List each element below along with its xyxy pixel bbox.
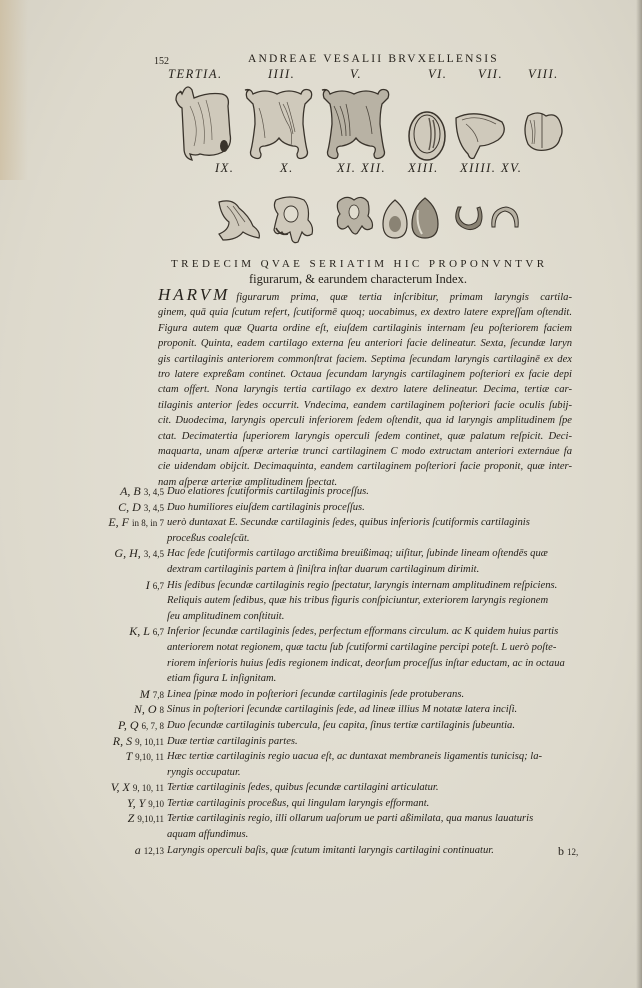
legend-description: Linea ſpinæ modo in poſteriori ſecundæ c… [167, 687, 464, 703]
legend-key: N, O 8 [100, 702, 164, 719]
legend-entry: Z 9,10,11Tertiæ cartilaginis regio, illi… [100, 811, 580, 842]
legend-key: I 6,7 [100, 578, 164, 595]
legend-key: Y, Y 9,10 [100, 796, 164, 813]
legend-line: etiam figura L inſignitam. [100, 671, 580, 687]
drop-word: HARVM [158, 287, 230, 304]
legend-line: Reliquis autem ſedibus, quæ his tribus f… [100, 593, 580, 609]
figure-label: VIII. [528, 67, 559, 82]
legend-entry: T 9,10, 11Hæc tertiæ cartilaginis regio … [100, 749, 580, 780]
cartilage-figure-iiii [243, 84, 315, 164]
legend-description: Sinus in poſteriori ſecundæ cartilaginis… [167, 702, 517, 718]
legend-key: R, S 9, 10,11 [100, 734, 164, 751]
legend-key: A, B 3, 4,5 [100, 484, 164, 501]
index-title-sub: figurarum, & earundem characterum Index. [249, 272, 467, 287]
cartilage-figure-xiiii [410, 194, 440, 242]
legend-entry: a 12,13Laryngis operculi baſis, quæ ſcut… [100, 843, 580, 859]
legend-key: a 12,13 [100, 843, 164, 860]
paragraph-line: gis cartilaginis anteriorem commonſtrat … [158, 352, 572, 367]
cartilage-figure-vi [405, 108, 453, 168]
legend-entry: R, S 9, 10,11Duæ tertiæ cartilaginis par… [100, 734, 580, 750]
page-edge-shadow [636, 0, 642, 988]
cartilage-figure-ix [215, 196, 265, 246]
legend-line: R, S 9, 10,11Duæ tertiæ cartilaginis par… [100, 734, 580, 750]
legend-description: uerò duntaxat E. Secundæ cartilaginis ſe… [167, 515, 530, 531]
legend-entry: C, D 3, 4,5Duo humiliores eiuſdem cartil… [100, 500, 580, 516]
paragraph-line: cie uidendam obijcit. Decimaquinta, eand… [158, 459, 572, 474]
paragraph-line: maquarta, unam aſperæ arteriæ trunci car… [158, 444, 572, 459]
legend-line: M 7,8Linea ſpinæ modo in poſteriori ſecu… [100, 687, 580, 703]
paragraph-line: ctam offert. Nona laryngis tertia cartil… [158, 382, 572, 397]
legend-line: riorem inferioris huius ſedis regionem i… [100, 656, 580, 672]
cartilage-figure-tertia [172, 84, 242, 164]
figure-label: VII. [478, 67, 503, 82]
legend-key: T 9,10, 11 [100, 749, 164, 766]
figure-label: XI. XII. [337, 161, 386, 176]
legend-line: a 12,13Laryngis operculi baſis, quæ ſcut… [100, 843, 580, 859]
legend-key: Z 9,10,11 [100, 811, 164, 828]
paragraph-line: cit. Duodecima, laryngis operculi inferi… [158, 413, 572, 428]
legend-entry: M 7,8Linea ſpinæ modo in poſteriori ſecu… [100, 687, 580, 703]
legend-description: Laryngis operculi baſis, quæ ſcutum imit… [167, 843, 494, 859]
legend-key: E, F in 8, in 7 [100, 515, 164, 532]
cartilage-figure-x [268, 194, 314, 246]
legend-entry: I 6,7His ſedibus ſecundæ cartilaginis re… [100, 578, 580, 625]
cartilage-figure-xv-a [452, 203, 484, 233]
legend-line: N, O 8Sinus in poſteriori ſecundæ cartil… [100, 702, 580, 718]
legend-line: proceßus coaleſcūt. [100, 531, 580, 547]
cartilage-figure-xv-b [488, 203, 520, 233]
legend-line: K, L 6,7Inferior ſecundæ cartilaginis ſe… [100, 624, 580, 640]
legend-description: Duæ tertiæ cartilaginis partes. [167, 734, 298, 750]
legend-entry: Y, Y 9,10Tertiæ cartilaginis proceßus, q… [100, 796, 580, 812]
paragraph-line: tro latere expreßam continet. Octaua ſec… [158, 367, 572, 382]
legend-key: V, X 9, 10, 11 [100, 780, 164, 797]
legend-line: dextram cartilaginis partem à ſiniſtra i… [100, 562, 580, 578]
legend-description: Tertiæ cartilaginis regio, illi ollarum … [167, 811, 533, 827]
legend-line: ryngis occupatur. [100, 765, 580, 781]
legend-description: Duo elatiores ſcutiformis cartilaginis p… [167, 484, 369, 500]
legend-entry: V, X 9, 10, 11Tertiæ cartilaginis ſedes,… [100, 780, 580, 796]
legend-line: C, D 3, 4,5Duo humiliores eiuſdem cartil… [100, 500, 580, 516]
legend-description: Inferior ſecundæ cartilaginis ſedes, per… [167, 624, 558, 640]
legend-line: E, F in 8, in 7uerò duntaxat E. Secundæ … [100, 515, 580, 531]
figure-label: V. [350, 67, 362, 82]
description-paragraph: HARVMfigurarum prima, quæ tertia inſcrib… [158, 287, 572, 490]
paper-stain [0, 0, 28, 180]
legend-line: A, B 3, 4,5Duo elatiores ſcutiformis car… [100, 484, 580, 500]
legend-description: Hæc tertiæ cartilaginis regio uacua eſt,… [167, 749, 542, 765]
legend-description: Hac ſede ſcutiformis cartilago arctißima… [167, 546, 548, 562]
paragraph-line: Figura autem quæ Quarta ordine eſt, eiuſ… [158, 321, 572, 336]
figure-label: XIIII. XV. [460, 161, 522, 176]
legend-entry: K, L 6,7Inferior ſecundæ cartilaginis ſe… [100, 624, 580, 686]
cartilage-figure-xiii [380, 196, 410, 242]
legend-key: K, L 6,7 [100, 624, 164, 641]
figure-label: XIII. [408, 161, 439, 176]
legend-line: P, Q 6, 7, 8Duo ſecundæ cartilaginis tub… [100, 718, 580, 734]
paragraph-line: ginem, quā quia ſcutum refert, ſcutiform… [158, 305, 572, 320]
character-index-legend: A, B 3, 4,5Duo elatiores ſcutiformis car… [100, 484, 580, 858]
paragraph-line: proponit. Quinta, eadem cartilago extern… [158, 336, 572, 351]
legend-line: G, H, 3, 4,5Hac ſede ſcutiformis cartila… [100, 546, 580, 562]
cartilage-figure-viii [520, 108, 566, 156]
legend-line: T 9,10, 11Hæc tertiæ cartilaginis regio … [100, 749, 580, 765]
figure-label: IX. [215, 161, 234, 176]
legend-entry: P, Q 6, 7, 8Duo ſecundæ cartilaginis tub… [100, 718, 580, 734]
paragraph-line: ctat. Decimatertia ſuperiorem laryngis o… [158, 429, 572, 444]
legend-line: Y, Y 9,10Tertiæ cartilaginis proceßus, q… [100, 796, 580, 812]
legend-entry: G, H, 3, 4,5Hac ſede ſcutiformis cartila… [100, 546, 580, 577]
legend-description: Duo humiliores eiuſdem cartilaginis proc… [167, 500, 365, 516]
legend-line: Z 9,10,11Tertiæ cartilaginis regio, illi… [100, 811, 580, 827]
figure-label: IIII. [268, 67, 295, 82]
legend-description: Duo ſecundæ cartilaginis tubercula, ſeu … [167, 718, 515, 734]
paragraph-line: tilaginis anterior ſedes occurrit. Vndec… [158, 398, 572, 413]
legend-description: Tertiæ cartilaginis proceßus, qui lingul… [167, 796, 429, 812]
figure-label: X. [280, 161, 294, 176]
page-number: 152 [154, 56, 169, 67]
legend-key: C, D 3, 4,5 [100, 500, 164, 517]
book-page: 152 ANDREAE VESALII BRVXELLENSIS TERTIA.… [0, 0, 642, 988]
cartilage-figure-vii [452, 110, 508, 160]
legend-key: P, Q 6, 7, 8 [100, 718, 164, 735]
legend-line: aquam affundimus. [100, 827, 580, 843]
running-head: ANDREAE VESALII BRVXELLENSIS [248, 53, 499, 65]
paragraph-line: HARVMfigurarum prima, quæ tertia inſcrib… [158, 287, 572, 305]
legend-entry: N, O 8Sinus in poſteriori ſecundæ cartil… [100, 702, 580, 718]
cartilage-figure-v [320, 84, 394, 164]
legend-line: I 6,7His ſedibus ſecundæ cartilaginis re… [100, 578, 580, 594]
legend-entry: A, B 3, 4,5Duo elatiores ſcutiformis car… [100, 484, 580, 500]
legend-entry: E, F in 8, in 7uerò duntaxat E. Secundæ … [100, 515, 580, 546]
signature-mark: b 12, [558, 844, 578, 859]
legend-line: ſeu amplitudinem conſtituit. [100, 609, 580, 625]
legend-key: M 7,8 [100, 687, 164, 704]
legend-key: G, H, 3, 4,5 [100, 546, 164, 563]
index-title-caps: TREDECIM QVAE SERIATIM HIC PROPONVNTVR [171, 258, 571, 270]
legend-description: His ſedibus ſecundæ cartilaginis regio ſ… [167, 578, 557, 594]
legend-line: anteriorem notat regionem, quæ tactu ſub… [100, 640, 580, 656]
figure-label: VI. [428, 67, 447, 82]
cartilage-figure-xi-xii [332, 194, 376, 244]
figure-label: TERTIA. [168, 67, 223, 82]
legend-line: V, X 9, 10, 11Tertiæ cartilaginis ſedes,… [100, 780, 580, 796]
legend-description: Tertiæ cartilaginis ſedes, quibus ſecund… [167, 780, 439, 796]
